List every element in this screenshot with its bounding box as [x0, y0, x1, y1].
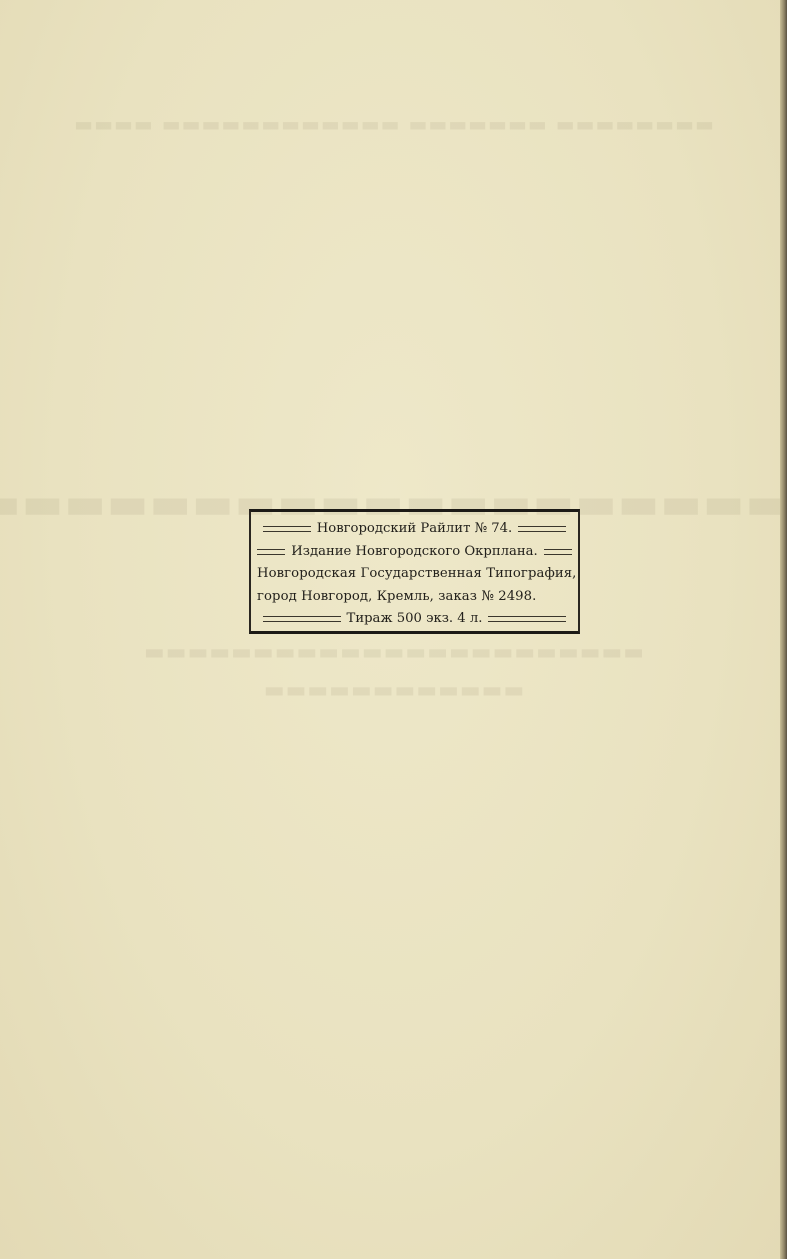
printing-house: Новгородская Государственная Типография, — [257, 563, 576, 586]
print-run: Тираж 500 экз. 4 л. — [347, 608, 483, 631]
bleed-through-header: ▬▬▬▬▬▬▬▬ ▬▬▬▬▬▬▬ ▬▬▬▬▬▬▬▬▬▬▬▬ ▬▬▬▬ — [0, 112, 787, 136]
imprint-line-2: Издание Новгородского Окрплана. — [257, 541, 572, 564]
decorative-rule — [257, 549, 285, 555]
censor-number: Новгородский Райлит № 74. — [317, 518, 512, 541]
address-order: город Новгород, Кремль, заказ № 2498. — [257, 586, 536, 609]
document-page: ▬▬▬▬▬▬▬▬ ▬▬▬▬▬▬▬ ▬▬▬▬▬▬▬▬▬▬▬▬ ▬▬▬▬ ▬▬▬▬▬… — [0, 0, 780, 1259]
imprint-line-4: город Новгород, Кремль, заказ № 2498. — [257, 586, 572, 609]
publisher: Издание Новгородского Окрплана. — [291, 541, 537, 564]
decorative-rule — [544, 549, 572, 555]
page-edge — [780, 0, 787, 1259]
imprint-line-3: Новгородская Государственная Типография, — [257, 563, 572, 586]
imprint-line-1: Новгородский Райлит № 74. — [257, 518, 572, 541]
bleed-through-subtitle: ▬▬▬▬▬▬▬▬▬▬▬▬▬▬▬▬▬▬▬▬▬▬▬ — [0, 640, 787, 665]
printer-imprint-box: Новгородский Райлит № 74. Издание Новгор… — [249, 509, 580, 634]
decorative-rule — [263, 616, 341, 622]
decorative-rule — [518, 526, 566, 532]
decorative-rule — [263, 526, 311, 532]
decorative-rule — [488, 616, 566, 622]
imprint-line-5: Тираж 500 экз. 4 л. — [257, 608, 572, 631]
bleed-through-years: ▬▬▬▬▬▬▬▬▬▬▬▬ — [0, 678, 787, 703]
